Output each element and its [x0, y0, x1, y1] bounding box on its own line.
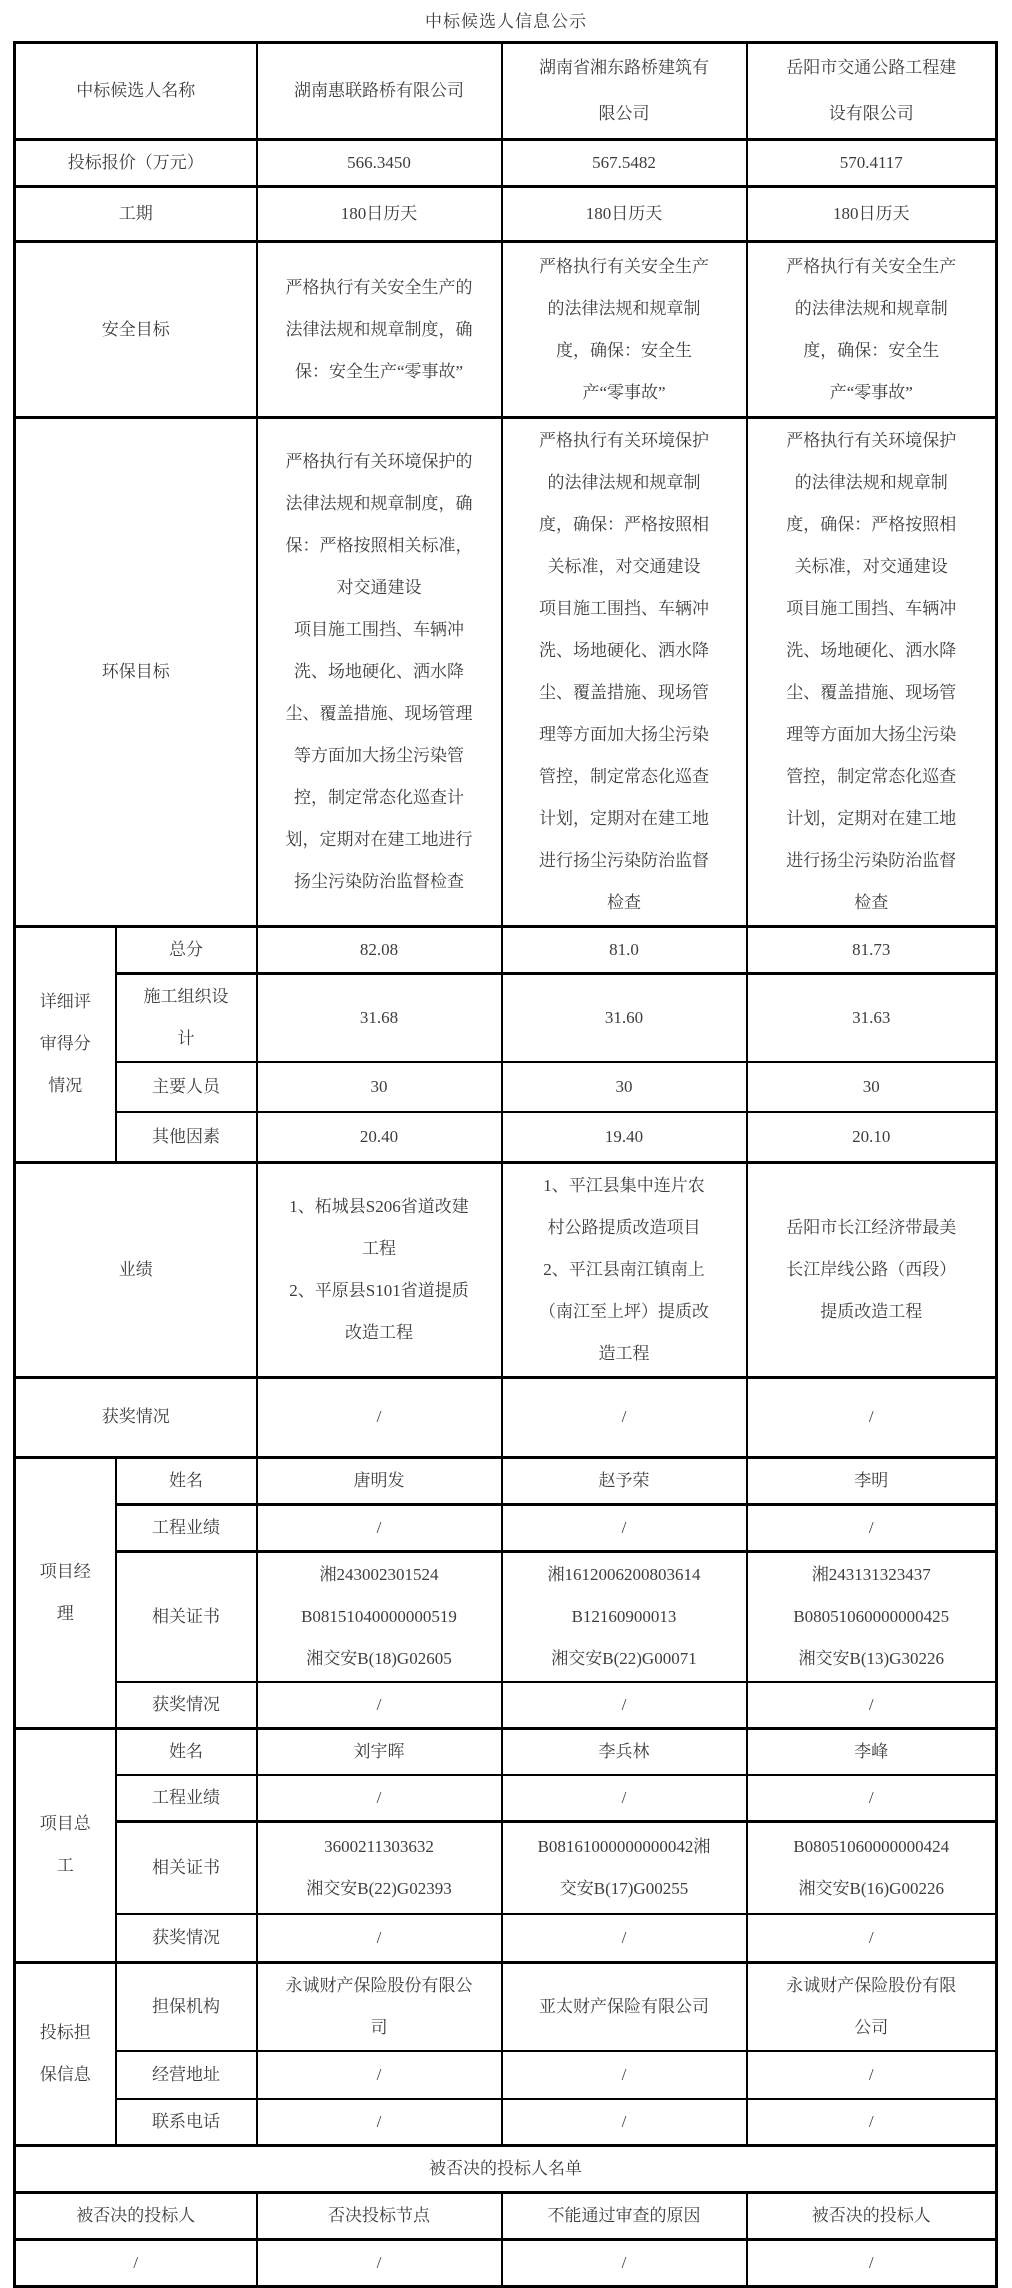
- guarantee-org-3: 永诚财产保险股份有限 公司: [747, 1962, 997, 2051]
- safety-goal-label: 安全目标: [15, 242, 257, 418]
- pm-awards-3: /: [747, 1682, 997, 1729]
- score-other-2: 19.40: [502, 1112, 747, 1162]
- score-design-1: 31.68: [257, 974, 502, 1063]
- guarantee-phone-3: /: [747, 2099, 997, 2146]
- pm-name-3: 李明: [747, 1457, 997, 1504]
- score-total-2: 81.0: [502, 927, 747, 974]
- pm-perf-row: 工程业绩 / / /: [15, 1504, 997, 1551]
- candidate-1-name: 湖南惠联路桥有限公司: [257, 43, 502, 140]
- candidate-2-name: 湖南省湘东路桥建筑有 限公司: [502, 43, 747, 140]
- duration-3: 180日历天: [747, 187, 997, 242]
- guarantee-phone-label: 联系电话: [116, 2099, 257, 2146]
- guarantee-org-1: 永诚财产保险股份有限公 司: [257, 1962, 502, 2051]
- duration-1: 180日历天: [257, 187, 502, 242]
- candidate-name-label: 中标候选人名称: [15, 43, 257, 140]
- score-total-1: 82.08: [257, 927, 502, 974]
- ce-perf-2: /: [502, 1775, 747, 1822]
- guarantee-phone-1: /: [257, 2099, 502, 2146]
- safety-goal-2: 严格执行有关安全生产 的法律法规和规章制 度，确保：安全生 产“零事故”: [502, 242, 747, 418]
- pm-cert-label: 相关证书: [116, 1551, 257, 1682]
- duration-2: 180日历天: [502, 187, 747, 242]
- guarantee-section-label: 投标担 保信息: [15, 1962, 116, 2146]
- guarantee-phone-row: 联系电话 / / /: [15, 2099, 997, 2146]
- bid-price-row: 投标报价（万元） 566.3450 567.5482 570.4117: [15, 140, 997, 187]
- guarantee-addr-label: 经营地址: [116, 2051, 257, 2099]
- guarantee-addr-row: 经营地址 / / /: [15, 2051, 997, 2099]
- awards-1: /: [257, 1377, 502, 1457]
- pm-name-row: 项目经 理 姓名 唐明发 赵予荣 李明: [15, 1457, 997, 1504]
- bid-price-label: 投标报价（万元）: [15, 140, 257, 187]
- env-goal-1: 严格执行有关环境保护的 法律法规和规章制度，确 保：严格按照相关标准， 对交通建…: [257, 418, 502, 927]
- ce-name-3: 李峰: [747, 1728, 997, 1775]
- bid-price-3: 570.4117: [747, 140, 997, 187]
- awards-row: 获奖情况 / / /: [15, 1377, 997, 1457]
- rejected-list-title: 被否决的投标人名单: [15, 2146, 997, 2193]
- score-other-1: 20.40: [257, 1112, 502, 1162]
- rejected-value-2: /: [257, 2240, 502, 2287]
- pm-awards-label: 获奖情况: [116, 1682, 257, 1729]
- pm-awards-1: /: [257, 1682, 502, 1729]
- pm-awards-row: 获奖情况 / / /: [15, 1682, 997, 1729]
- pm-name-2: 赵予荣: [502, 1457, 747, 1504]
- rejected-value-3: /: [502, 2240, 747, 2287]
- ce-name-row: 项目总 工 姓名 刘宇晖 李兵林 李峰: [15, 1728, 997, 1775]
- pm-cert-2: 湘1612006200803614 B12160900013 湘交安B(22)G…: [502, 1551, 747, 1682]
- ce-awards-row: 获奖情况 / / /: [15, 1914, 997, 1962]
- rejected-header-1: 被否决的投标人: [15, 2193, 257, 2240]
- ce-section-label: 项目总 工: [15, 1728, 116, 1962]
- score-staff-1: 30: [257, 1062, 502, 1112]
- score-other-3: 20.10: [747, 1112, 997, 1162]
- pm-perf-1: /: [257, 1504, 502, 1551]
- safety-goal-row: 安全目标 严格执行有关安全生产的 法律法规和规章制度，确 保：安全生产“零事故”…: [15, 242, 997, 418]
- rejected-value-4: /: [747, 2240, 997, 2287]
- performance-3: 岳阳市长江经济带最美 长江岸线公路（西段） 提质改造工程: [747, 1162, 997, 1377]
- performance-1: 1、柘城县S206省道改建 工程 2、平原县S101省道提质 改造工程: [257, 1162, 502, 1377]
- performance-label: 业绩: [15, 1162, 257, 1377]
- pm-section-label: 项目经 理: [15, 1457, 116, 1728]
- pm-name-label: 姓名: [116, 1457, 257, 1504]
- performance-row: 业绩 1、柘城县S206省道改建 工程 2、平原县S101省道提质 改造工程 1…: [15, 1162, 997, 1377]
- duration-label: 工期: [15, 187, 257, 242]
- env-goal-2: 严格执行有关环境保护 的法律法规和规章制 度，确保：严格按照相 关标准，对交通建…: [502, 418, 747, 927]
- guarantee-addr-3: /: [747, 2051, 997, 2099]
- score-staff-2: 30: [502, 1062, 747, 1112]
- ce-perf-3: /: [747, 1775, 997, 1822]
- score-other-row: 其他因素 20.40 19.40 20.10: [15, 1112, 997, 1162]
- rejected-header-4: 被否决的投标人: [747, 2193, 997, 2240]
- score-staff-row: 主要人员 30 30 30: [15, 1062, 997, 1112]
- ce-cert-1: 3600211303632 湘交安B(22)G02393: [257, 1821, 502, 1914]
- bid-price-2: 567.5482: [502, 140, 747, 187]
- score-section-label: 详细评 审得分 情况: [15, 927, 116, 1163]
- rejected-header-2: 否决投标节点: [257, 2193, 502, 2240]
- env-goal-3: 严格执行有关环境保护 的法律法规和规章制 度，确保：严格按照相 关标准，对交通建…: [747, 418, 997, 927]
- ce-perf-1: /: [257, 1775, 502, 1822]
- bid-candidates-table: 中标候选人名称 湖南惠联路桥有限公司 湖南省湘东路桥建筑有 限公司 岳阳市交通公…: [13, 41, 998, 2288]
- ce-name-1: 刘宇晖: [257, 1728, 502, 1775]
- guarantee-addr-2: /: [502, 2051, 747, 2099]
- ce-perf-row: 工程业绩 / / /: [15, 1775, 997, 1822]
- score-staff-label: 主要人员: [116, 1062, 257, 1112]
- guarantee-addr-1: /: [257, 2051, 502, 2099]
- score-total-row: 详细评 审得分 情况 总分 82.08 81.0 81.73: [15, 927, 997, 974]
- ce-name-label: 姓名: [116, 1728, 257, 1775]
- score-total-label: 总分: [116, 927, 257, 974]
- pm-cert-3: 湘243131323437 B08051060000000425 湘交安B(13…: [747, 1551, 997, 1682]
- score-staff-3: 30: [747, 1062, 997, 1112]
- awards-2: /: [502, 1377, 747, 1457]
- score-design-2: 31.60: [502, 974, 747, 1063]
- guarantee-org-row: 投标担 保信息 担保机构 永诚财产保险股份有限公 司 亚太财产保险有限公司 永诚…: [15, 1962, 997, 2051]
- guarantee-phone-2: /: [502, 2099, 747, 2146]
- score-design-3: 31.63: [747, 974, 997, 1063]
- duration-row: 工期 180日历天 180日历天 180日历天: [15, 187, 997, 242]
- awards-label: 获奖情况: [15, 1377, 257, 1457]
- performance-2: 1、平江县集中连片农 村公路提质改造项目 2、平江县南江镇南上 （南江至上坪）提…: [502, 1162, 747, 1377]
- page-title: 中标候选人信息公示: [0, 0, 1012, 41]
- safety-goal-1: 严格执行有关安全生产的 法律法规和规章制度，确 保：安全生产“零事故”: [257, 242, 502, 418]
- score-other-label: 其他因素: [116, 1112, 257, 1162]
- pm-name-1: 唐明发: [257, 1457, 502, 1504]
- rejected-header-3: 不能通过审查的原因: [502, 2193, 747, 2240]
- awards-3: /: [747, 1377, 997, 1457]
- rejected-data-row: / / / /: [15, 2240, 997, 2287]
- pm-cert-1: 湘243002301524 B08151040000000519 湘交安B(18…: [257, 1551, 502, 1682]
- safety-goal-3: 严格执行有关安全生产 的法律法规和规章制 度，确保：安全生 产“零事故”: [747, 242, 997, 418]
- ce-awards-2: /: [502, 1914, 747, 1962]
- ce-awards-label: 获奖情况: [116, 1914, 257, 1962]
- pm-perf-label: 工程业绩: [116, 1504, 257, 1551]
- pm-perf-3: /: [747, 1504, 997, 1551]
- score-design-label: 施工组织设 计: [116, 974, 257, 1063]
- ce-awards-1: /: [257, 1914, 502, 1962]
- rejected-value-1: /: [15, 2240, 257, 2287]
- ce-cert-row: 相关证书 3600211303632 湘交安B(22)G02393 B08161…: [15, 1821, 997, 1914]
- pm-awards-2: /: [502, 1682, 747, 1729]
- ce-perf-label: 工程业绩: [116, 1775, 257, 1822]
- rejected-title-row: 被否决的投标人名单: [15, 2146, 997, 2193]
- ce-cert-label: 相关证书: [116, 1821, 257, 1914]
- ce-cert-3: B08051060000000424 湘交安B(16)G00226: [747, 1821, 997, 1914]
- score-design-row: 施工组织设 计 31.68 31.60 31.63: [15, 974, 997, 1063]
- pm-cert-row: 相关证书 湘243002301524 B08151040000000519 湘交…: [15, 1551, 997, 1682]
- score-total-3: 81.73: [747, 927, 997, 974]
- ce-name-2: 李兵林: [502, 1728, 747, 1775]
- candidate-3-name: 岳阳市交通公路工程建 设有限公司: [747, 43, 997, 140]
- env-goal-label: 环保目标: [15, 418, 257, 927]
- guarantee-org-2: 亚太财产保险有限公司: [502, 1962, 747, 2051]
- bid-price-1: 566.3450: [257, 140, 502, 187]
- ce-cert-2: B08161000000000042湘 交安B(17)G00255: [502, 1821, 747, 1914]
- pm-perf-2: /: [502, 1504, 747, 1551]
- guarantee-org-label: 担保机构: [116, 1962, 257, 2051]
- rejected-header-row: 被否决的投标人 否决投标节点 不能通过审查的原因 被否决的投标人: [15, 2193, 997, 2240]
- ce-awards-3: /: [747, 1914, 997, 1962]
- candidate-name-row: 中标候选人名称 湖南惠联路桥有限公司 湖南省湘东路桥建筑有 限公司 岳阳市交通公…: [15, 43, 997, 140]
- env-goal-row: 环保目标 严格执行有关环境保护的 法律法规和规章制度，确 保：严格按照相关标准，…: [15, 418, 997, 927]
